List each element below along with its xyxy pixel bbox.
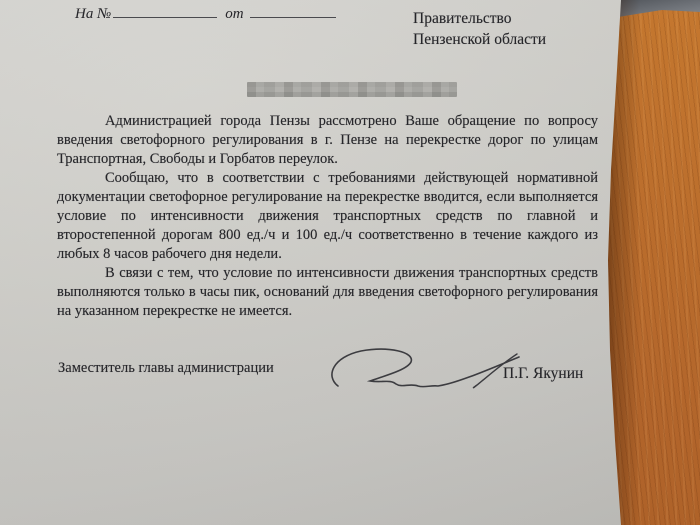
signoff-name: П.Г. Якунин [503, 365, 583, 383]
paragraph-2: Сообщаю, что в соответствии с требования… [57, 169, 598, 264]
reference-line: На №от [75, 4, 336, 23]
recipient-line-2: Пензенской области [413, 29, 546, 50]
ref-from-label: от [225, 6, 243, 22]
letter-body: Администрацией города Пензы рассмотрено … [57, 112, 598, 321]
redacted-name-blur [247, 82, 457, 97]
recipient-line-1: Правительство [413, 8, 546, 29]
ref-date-blank [250, 4, 336, 18]
ref-number-blank [113, 4, 217, 18]
handwritten-signature [326, 346, 526, 398]
ref-no-label: На № [75, 6, 111, 22]
letter-paper: На №от Правительство Пензенской области … [0, 0, 700, 525]
photo-scene: На №от Правительство Пензенской области … [0, 0, 700, 525]
paragraph-1: Администрацией города Пензы рассмотрено … [57, 112, 598, 169]
signoff-position-title: Заместитель главы администрации [58, 360, 274, 377]
paragraph-3: В связи с тем, что условие по интенсивно… [57, 264, 598, 321]
recipient-block: Правительство Пензенской области [413, 8, 546, 50]
